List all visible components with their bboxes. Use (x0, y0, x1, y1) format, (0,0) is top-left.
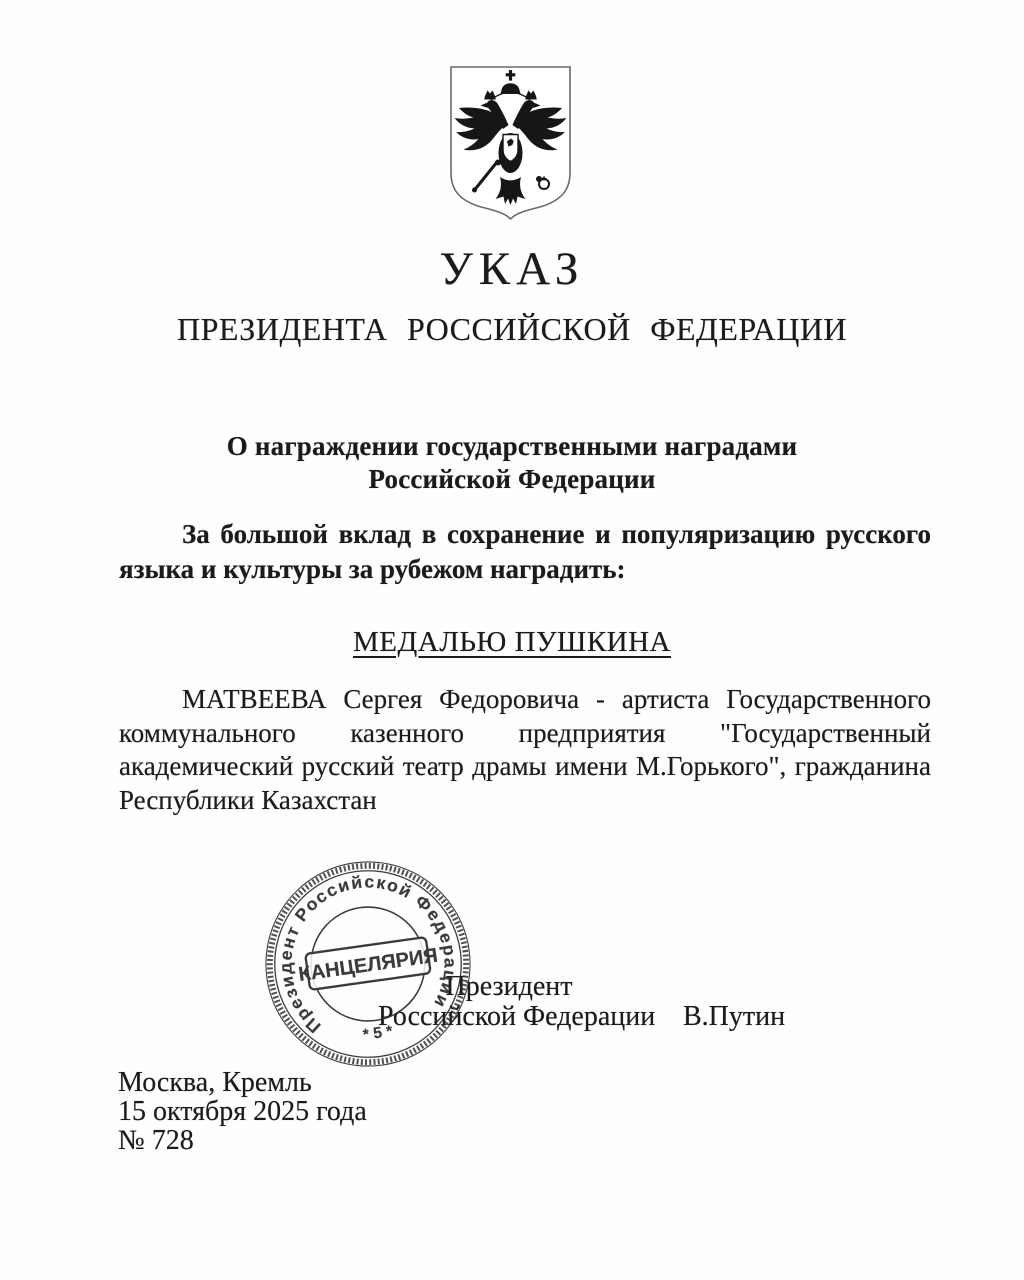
recipient-line-3: академический русский театр драмы имени … (119, 750, 931, 784)
coat-of-arms-icon (444, 62, 577, 222)
signature-name: В.Путин (683, 1002, 785, 1032)
award-title-text: МЕДАЛЬЮ ПУШКИНА (353, 626, 671, 658)
preamble-paragraph: За большой вклад в сохранение и популяри… (119, 517, 931, 587)
footer-date: 15 октября 2025 года (118, 1097, 367, 1127)
footer-place: Москва, Кремль (118, 1068, 312, 1098)
document-subtitle: ПРЕЗИДЕНТА РОССИЙСКОЙ ФЕДЕРАЦИИ (0, 312, 1024, 347)
recipient-line-2: коммунального казенного предприятия "Гос… (119, 717, 931, 751)
footer-number: № 728 (118, 1126, 194, 1156)
recipient-line-4: Республики Казахстан (119, 784, 931, 818)
recipient-paragraph: МАТВЕЕВА Сергея Федоровича - артиста Гос… (119, 683, 931, 817)
chancellery-stamp: Президент Российской Федерации * 5 * КАН… (262, 858, 474, 1070)
subject-heading: О награждении государственными наградами… (0, 430, 1024, 496)
chest-shield (503, 135, 518, 162)
subject-line-2: Российской Федерации (0, 463, 1024, 496)
document-title: УКАЗ (0, 244, 1024, 296)
award-title: МЕДАЛЬЮ ПУШКИНА (0, 626, 1024, 659)
preamble-line-1: За большой вклад в сохранение и популяри… (119, 517, 931, 552)
stamp-number: * 5 * (362, 1023, 395, 1044)
recipient-line-1: МАТВЕЕВА Сергея Федоровича - артиста Гос… (119, 683, 931, 717)
decree-document-page: УКАЗ ПРЕЗИДЕНТА РОССИЙСКОЙ ФЕДЕРАЦИИ О н… (0, 0, 1024, 1280)
subject-line-1: О награждении государственными наградами (0, 430, 1024, 463)
preamble-line-2: языка и культуры за рубежом наградить: (119, 552, 931, 587)
